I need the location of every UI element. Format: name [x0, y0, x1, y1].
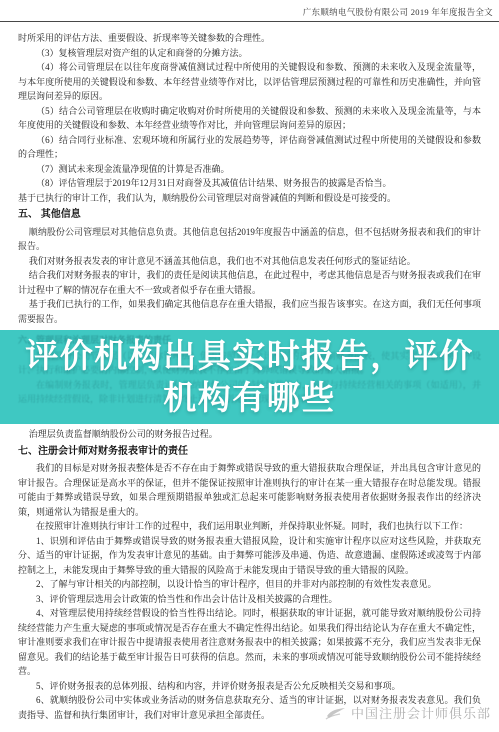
section7-paragraph: 我们的目标是对财务报表整体是否不存在由于舞弊或错误导致的重大错报获取合理保证，并…	[18, 461, 481, 519]
section7-paragraph: 在按照审计准则执行审计工作的过程中，我们运用职业判断，并保持职业怀疑。同时，我们…	[18, 519, 481, 534]
audit-conclusion: 基于已执行的审计工作，我们认为，顺纳股份公司管理层对商誉减值的判断和假设是可接受…	[18, 191, 481, 206]
report-page: 广东顺纳电气股份有限公司 2019 年年度报告全文 时所采用的评估方法、重要假设…	[0, 0, 499, 732]
cpa-club-watermark: 中国注册会计师俱乐部	[325, 703, 491, 722]
audit-item-4: （4）将公司管理层在以往年度商誉减值测试过程中所使用的关键假设和参数、预测的未来…	[18, 60, 481, 104]
section7-item-2: 2、了解与审计相关的内部控制，以设计恰当的审计程序，但目的并非对内部控制的有效性…	[18, 577, 481, 592]
audit-item-6: （6）结合同行业标准、宏观环境和所属行业的发展趋势等，评估商誉减值测试过程中所使…	[18, 133, 481, 162]
audit-item-8: （8）评估管理层于2019年12月31日对商誉及其减值估计结果、财务报告的披露是…	[18, 176, 481, 191]
section7-heading: 七、注册会计师对财务报表审计的责任	[18, 445, 481, 460]
page-header-title: 广东顺纳电气股份有限公司 2019 年年度报告全文	[0, 0, 499, 20]
paragraph-continuation: 时所采用的评估方法、重要假设、折现率等关键参数的合理性。	[18, 31, 481, 46]
promo-overlay-banner[interactable]: 六、管理层和治理层对财务报表的责任 顺纳股份公司管理层（以下简称管理层）负责按照…	[0, 330, 499, 424]
section5-heading: 五、 其他信息	[18, 208, 481, 223]
section5-paragraph: 基于我们已执行的工作，如果我们确定其他信息存在重大错报，我们应当报告该事实。在这…	[18, 297, 481, 326]
banner-headline[interactable]: 评价机构出具实时报告，评价 机构有哪些	[0, 330, 499, 424]
watermark-text: 中国注册会计师俱乐部	[351, 703, 491, 722]
audit-item-7: （7）测试未来现金流量净现值的计算是否准确。	[18, 162, 481, 177]
section7-item-5: 5、评价财务报表的总体列报、结构和内容，并评价财务报表是否公允反映相关交易和事项…	[18, 679, 481, 694]
banner-headline-line1: 评价机构出具实时报告，评价	[25, 335, 474, 377]
banner-headline-line2: 机构有哪些	[163, 377, 336, 419]
section5-paragraph: 顺纳股份公司管理层对其他信息负责。其他信息包括2019年度报告中涵盖的信息，但不…	[18, 225, 481, 254]
section5-paragraph: 我们对财务报表发表的审计意见不涵盖其他信息，我们也不对其他信息发表任何形式的鉴证…	[18, 254, 481, 269]
audit-item-5: （5）结合公司管理层在收购时确定收购对价时所使用的关键假设和参数、预测的未来收入…	[18, 104, 481, 133]
report-body: 时所采用的评估方法、重要假设、折现率等关键参数的合理性。 （3）复核管理层对资产…	[0, 22, 499, 722]
governance-paragraph: 治理层负责监督顺纳股份公司的财务报告过程。	[18, 427, 481, 442]
audit-item-3: （3）复核管理层对资产组的认定和商誉的分摊方法。	[18, 46, 481, 61]
cpa-club-logo-icon	[325, 705, 347, 721]
section7-item-3: 3、评价管理层选用会计政策的恰当性和作出会计估计及相关披露的合理性。	[18, 592, 481, 607]
section7-item-1: 1、识别和评估由于舞弊或错误导致的财务报表重大错报风险，设计和实施审计程序以应对…	[18, 534, 481, 578]
section5-paragraph: 结合我们对财务报表的审计，我们的责任是阅读其他信息，在此过程中，考虑其他信息是否…	[18, 268, 481, 297]
section7-item-4: 4、对管理层使用持续经营假设的恰当性得出结论。同时，根据获取的审计证据，就可能导…	[18, 606, 481, 679]
